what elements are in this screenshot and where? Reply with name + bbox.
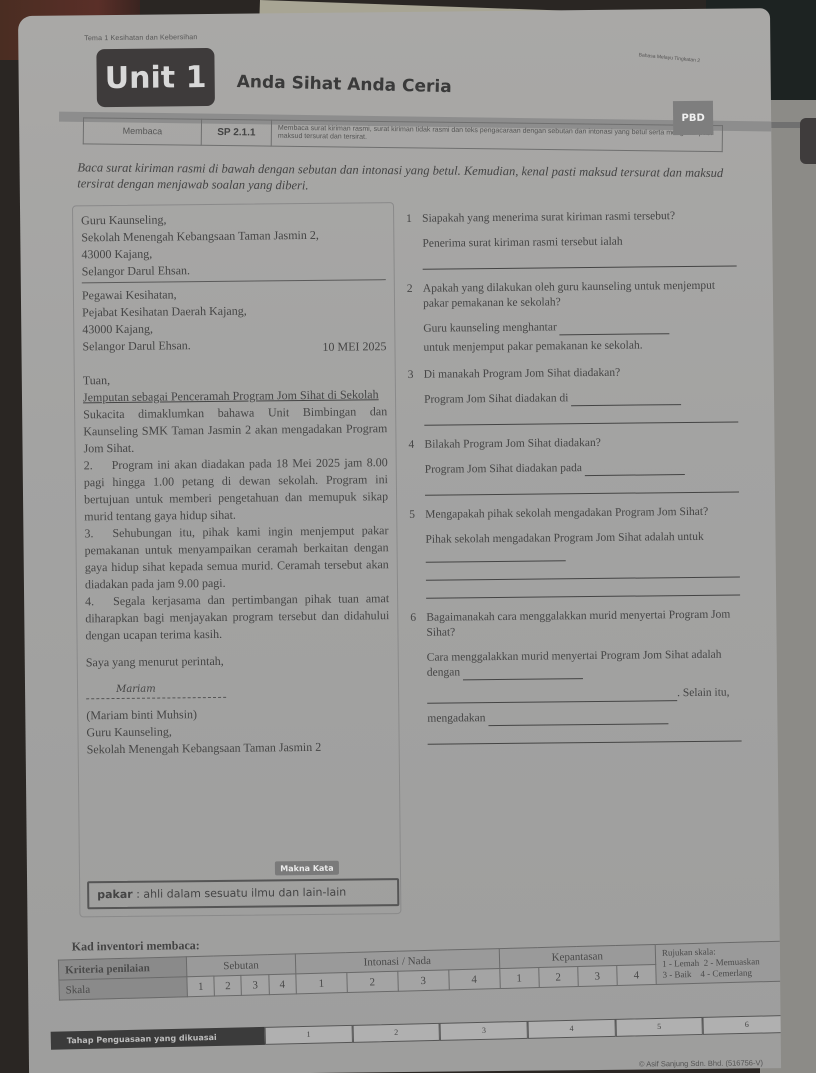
answer-blank[interactable] (571, 393, 681, 406)
scale-checkbox[interactable]: 1 (499, 968, 539, 989)
mastery-level-cell[interactable]: 4 (528, 1019, 616, 1039)
glossary-definition: : ahli dalam sesuatu ilmu dan lain-lain (136, 886, 346, 901)
theme-label: Tema 1 Kesihatan dan Kebersihan (84, 34, 197, 42)
scale-checkbox[interactable]: 3 (241, 975, 269, 996)
paragraph-3: 3.Sehubungan itu, pihak kami ingin menje… (84, 522, 389, 593)
answer-blank[interactable] (560, 322, 670, 335)
answer-blank[interactable] (425, 474, 739, 495)
answer-blank[interactable] (426, 549, 566, 562)
standard-code: SP 2.1.1 (201, 119, 271, 146)
standard-description: Membaca surat kiriman rasmi, surat kirim… (271, 120, 722, 151)
answer-blank[interactable] (463, 667, 583, 680)
workbook-page: Tema 1 Kesihatan dan Kebersihan Unit 1 A… (18, 8, 781, 1073)
copyright: © Asif Sanjung Sdn. Bhd. (516756-V) (639, 1058, 763, 1068)
sender-school: Sekolah Menengah Kebangsaan Taman Jasmin… (87, 738, 391, 758)
mastery-level-cell[interactable]: 3 (440, 1021, 528, 1041)
scale-checkbox[interactable]: 3 (398, 970, 449, 991)
pbd-badge: PBD (673, 101, 713, 135)
answer-blank[interactable] (585, 463, 685, 476)
glossary-term: pakar (97, 888, 133, 901)
answer-blank[interactable] (424, 404, 738, 425)
question-3: 3Di manakah Program Jom Sihat diadakan? … (408, 364, 739, 425)
answer-blank[interactable] (427, 689, 677, 704)
paragraph-1: Sukacita dimaklumkan bahawa Unit Bimbing… (83, 403, 388, 457)
answer-blank[interactable] (427, 723, 741, 744)
paragraph-4: 4.Segala kerjasama dan pertimbangan piha… (85, 590, 390, 644)
level-label: Bahasa Melayu Tingkatan 2 (638, 52, 700, 64)
unit-badge: Unit 1 (96, 48, 215, 107)
inventory-title: Kad inventori membaca: (72, 938, 200, 954)
scale-checkbox[interactable]: 3 (577, 966, 617, 987)
skill-cell: Membaca (83, 118, 201, 145)
answer-blank[interactable] (488, 712, 668, 726)
scale-checkbox[interactable]: 4 (617, 964, 657, 985)
mastery-level-row: Tahap Penguasaan yang dikuasai 123456 (51, 1015, 781, 1050)
question-6: 6Bagaimanakah cara menggalakkan murid me… (410, 607, 741, 744)
question-1: 1Siapakah yang menerima surat kiriman ra… (406, 208, 737, 269)
glossary-tag: Makna Kata (275, 861, 339, 876)
scale-checkbox[interactable]: 4 (268, 974, 296, 995)
answer-blank[interactable] (422, 248, 736, 269)
signature: Mariam (86, 676, 226, 699)
paragraph-2: 2.Program ini akan diadakan pada 18 Mei … (84, 454, 389, 525)
scale-checkbox[interactable]: 4 (448, 969, 499, 990)
scale-checkbox[interactable]: 1 (296, 973, 347, 994)
mastery-label: Tahap Penguasaan yang dikuasai (51, 1027, 265, 1050)
scale-checkbox[interactable]: 1 (187, 976, 215, 997)
scale-label: Skala (59, 977, 187, 1000)
question-2: 2Apakah yang dilakukan oleh guru kaunsel… (407, 278, 738, 355)
scale-key: Rujukan skala: 1 - Lemah 2 - Memuaskan 3… (655, 941, 781, 984)
mastery-level-cell[interactable]: 6 (703, 1015, 781, 1035)
question-4: 4Bilakah Program Jom Sihat diadakan? Pro… (408, 434, 739, 495)
scale-checkbox[interactable]: 2 (214, 975, 242, 996)
closing: Saya yang menurut perintah, (86, 651, 390, 671)
formal-letter: Guru Kaunseling, Sekolah Menengah Kebang… (72, 202, 401, 917)
glossary-box: pakar : ahli dalam sesuatu ilmu dan lain… (87, 878, 399, 909)
mastery-level-cell[interactable]: 2 (352, 1023, 440, 1043)
comprehension-questions: 1Siapakah yang menerima surat kiriman ra… (406, 208, 742, 756)
unit-title: Anda Sihat Anda Ceria (237, 72, 452, 97)
question-5: 5Mengapakah pihak sekolah mengadakan Pro… (409, 504, 740, 598)
mastery-level-cell[interactable]: 1 (265, 1025, 353, 1045)
sender-address: Guru Kaunseling, Sekolah Menengah Kebang… (81, 209, 386, 280)
scale-checkbox[interactable]: 2 (538, 967, 578, 988)
mastery-level-cell[interactable]: 5 (615, 1017, 703, 1037)
scale-checkbox[interactable]: 2 (347, 971, 398, 992)
answer-blank[interactable] (426, 577, 740, 598)
instruction-text: Baca surat kiriman rasmi di bawah dengan… (77, 159, 737, 197)
